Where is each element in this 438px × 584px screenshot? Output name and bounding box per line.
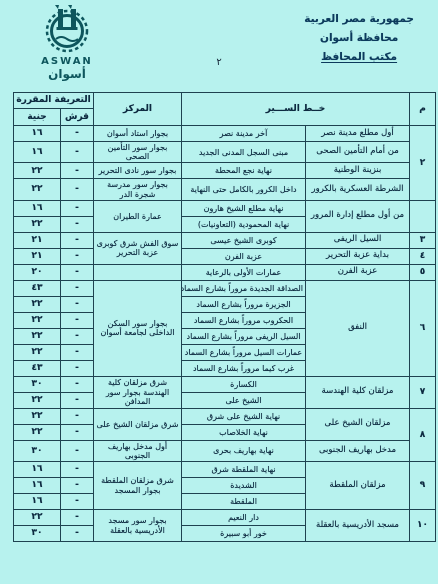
fare-piaster-cell: -	[61, 526, 94, 542]
route-destination-cell: نهاية بهاريف بحرى	[182, 440, 306, 461]
fare-piaster-cell: -	[61, 510, 94, 526]
fare-piaster-cell: -	[61, 376, 94, 392]
route-destination-cell: داخل الكرور بالكامل حتى النهاية	[182, 179, 306, 200]
fare-piaster-cell: -	[61, 264, 94, 280]
route-destination-cell: عزبة الفرن	[182, 248, 306, 264]
route-origin-cell: من أمام التأمين الصحى	[306, 142, 410, 163]
center-cell: أول مدخل بهاريف الجنوبى	[94, 440, 182, 461]
route-origin-cell: مزلقان الملقطة	[306, 462, 410, 510]
serial-cell: ٩	[410, 462, 436, 510]
logo-gear-ring	[52, 16, 83, 47]
fare-row: ٦النفقالصداقة الجديدة مروراً بشارع السما…	[14, 280, 436, 296]
fare-table: م خــط الســـير المركز التعريفة المقررة …	[13, 92, 436, 542]
fare-pound-cell: ٢٢	[14, 392, 61, 408]
route-destination-cell: مبنى السجل المدنى الجديد	[182, 142, 306, 163]
fare-piaster-cell: -	[61, 440, 94, 461]
route-destination-cell: الكسارة	[182, 376, 306, 392]
serial-cell: ٢	[410, 126, 436, 201]
header-piaster: قرش	[61, 109, 94, 126]
center-cell: شرق مزلقان الملقطة بجوار المسجد	[94, 462, 182, 510]
fare-pound-cell: ٢٠	[14, 264, 61, 280]
route-origin-cell: بنزينة الوطنية	[306, 163, 410, 179]
center-cell: بجوار استاد أسوان	[94, 126, 182, 142]
fare-pound-cell: ٢١	[14, 248, 61, 264]
document-page: ASWAN أسوان جمهورية مصر العربية محافظة أ…	[0, 0, 438, 584]
center-cell: عمارة الطيران	[94, 200, 182, 232]
serial-cell: ١٠	[410, 510, 436, 542]
route-destination-cell: غرب كيما مروراً بشارع السماد	[182, 360, 306, 376]
route-origin-cell: النفق	[306, 280, 410, 376]
center-cell: بجوار سور مدرسة شجرة الدر	[94, 179, 182, 200]
route-destination-cell: الشيخ على	[182, 392, 306, 408]
logo-towers-icon	[55, 5, 78, 30]
fare-pound-cell: ٢٢	[14, 424, 61, 440]
route-destination-cell: خور أبو سبيرة	[182, 526, 306, 542]
fare-pound-cell: ١٦	[14, 494, 61, 510]
fare-piaster-cell: -	[61, 478, 94, 494]
serial-cell	[410, 200, 436, 232]
fare-row: ٤بداية عزبة التحريرعزبة الفرن-٢١	[14, 248, 436, 264]
fare-pound-cell: ٢٢	[14, 179, 61, 200]
route-origin-cell: مدخل بهاريف الجنوبى	[306, 440, 410, 461]
fare-pound-cell: ٣٠	[14, 376, 61, 392]
fare-piaster-cell: -	[61, 328, 94, 344]
route-destination-cell: نهاية الملقطة شرق	[182, 462, 306, 478]
fare-row: ٢أول مطلع مدينة نصرآخر مدينة نصربجوار اس…	[14, 126, 436, 142]
fare-row: ٨مزلقان الشيخ علىنهاية الشيخ على شرقشرق …	[14, 408, 436, 424]
fare-pound-cell: ٢١	[14, 232, 61, 248]
header-tariff: التعريفة المقررة	[14, 93, 94, 109]
center-cell	[94, 264, 182, 280]
header-serial: م	[410, 93, 436, 126]
fare-piaster-cell: -	[61, 296, 94, 312]
serial-cell: ٥	[410, 264, 436, 280]
fare-row: ١٠مسجد الأدريسية بالعقلةدار النعيمبجوار …	[14, 510, 436, 526]
logo-text-ar: أسوان	[48, 66, 86, 81]
fare-pound-cell: ٢٢	[14, 510, 61, 526]
center-cell: شرق مزلقان كلية الهندسة بجوار سور المداف…	[94, 376, 182, 408]
route-origin-cell: مزلقان كلية الهندسة	[306, 376, 410, 408]
route-origin-cell: بداية عزبة التحرير	[306, 248, 410, 264]
serial-cell: ٦	[410, 280, 436, 376]
fare-piaster-cell: -	[61, 462, 94, 478]
center-cell: بجوار سور السكن الداخلى لجامعة أسوان	[94, 280, 182, 376]
fare-pound-cell: ١٦	[14, 142, 61, 163]
center-cell: سوق الفش شرق كوبرى عزبة التحرير	[94, 232, 182, 264]
fare-piaster-cell: -	[61, 392, 94, 408]
fare-row: بنزينة الوطنيةنهاية نجع المحطةبجوار سور …	[14, 163, 436, 179]
route-origin-cell: أول مطلع مدينة نصر	[306, 126, 410, 142]
fare-pound-cell: ٢٢	[14, 312, 61, 328]
route-destination-cell: دار النعيم	[182, 510, 306, 526]
center-cell: بجوار سور مسجد الأدريسية بالعقلة	[94, 510, 182, 542]
route-destination-cell: الحكروب مروراً بشارع السماد	[182, 312, 306, 328]
fare-row: ٩مزلقان الملقطةنهاية الملقطة شرقشرق مزلق…	[14, 462, 436, 478]
center-cell: شرق مزلقان الشيخ على	[94, 408, 182, 440]
fare-pound-cell: ١٦	[14, 462, 61, 478]
route-origin-cell: عزبة الفرن	[306, 264, 410, 280]
fare-row: ٥عزبة الفرنعمارات الأولى بالرعاية-٢٠	[14, 264, 436, 280]
route-destination-cell: نهاية مطلع الشيخ هارون	[182, 200, 306, 216]
fare-pound-cell: ٣٠	[14, 440, 61, 461]
route-destination-cell: نهاية الشيخ على شرق	[182, 408, 306, 424]
fare-pound-cell: ٢٢	[14, 328, 61, 344]
aswan-emblem-icon: ASWAN أسوان	[20, 5, 114, 81]
fare-pound-cell: ٢٢	[14, 216, 61, 232]
route-origin-cell: مسجد الأدريسية بالعقلة	[306, 510, 410, 542]
fare-row: ٣السيل الريفىكوبرى الشيخ عيسىسوق الفش شر…	[14, 232, 436, 248]
aswan-logo: ASWAN أسوان	[20, 5, 114, 81]
header-route: خــط الســـير	[182, 93, 410, 126]
fare-piaster-cell: -	[61, 163, 94, 179]
fare-piaster-cell: -	[61, 360, 94, 376]
serial-cell: ٧	[410, 376, 436, 408]
fare-pound-cell: ١٦	[14, 200, 61, 216]
fare-piaster-cell: -	[61, 232, 94, 248]
page-number: ٢	[0, 57, 438, 68]
fare-piaster-cell: -	[61, 344, 94, 360]
fare-piaster-cell: -	[61, 142, 94, 163]
fare-pound-cell: ٢٢	[14, 296, 61, 312]
route-destination-cell: كوبرى الشيخ عيسى	[182, 232, 306, 248]
fare-pound-cell: ٢٢	[14, 408, 61, 424]
fare-table-header: م خــط الســـير المركز التعريفة المقررة …	[14, 93, 436, 126]
header-pound: جنية	[14, 109, 61, 126]
fare-pound-cell: ١٦	[14, 126, 61, 142]
fare-piaster-cell: -	[61, 424, 94, 440]
fare-pound-cell: ١٦	[14, 478, 61, 494]
route-origin-cell: من أول مطلع إدارة المرور	[306, 200, 410, 232]
fare-piaster-cell: -	[61, 494, 94, 510]
fare-table-body: ٢أول مطلع مدينة نصرآخر مدينة نصربجوار اس…	[14, 126, 436, 542]
header-center: المركز	[94, 93, 182, 126]
fare-row: مدخل بهاريف الجنوبىنهاية بهاريف بحرىأول …	[14, 440, 436, 461]
route-destination-cell: نهاية الخلاصاب	[182, 424, 306, 440]
fare-piaster-cell: -	[61, 248, 94, 264]
fare-piaster-cell: -	[61, 179, 94, 200]
fare-row: ٧مزلقان كلية الهندسةالكسارةشرق مزلقان كل…	[14, 376, 436, 392]
route-destination-cell: الجزيرة مروراً بشارع السماد	[182, 296, 306, 312]
route-destination-cell: الملقطة	[182, 494, 306, 510]
fare-pound-cell: ٢٢	[14, 163, 61, 179]
route-destination-cell: عمارات الأولى بالرعاية	[182, 264, 306, 280]
fare-row: من أول مطلع إدارة المرورنهاية مطلع الشيخ…	[14, 200, 436, 216]
route-destination-cell: الصداقة الجديدة مروراً بشارع السماد	[182, 280, 306, 296]
serial-cell: ٨	[410, 408, 436, 461]
fare-pound-cell: ٤٣	[14, 360, 61, 376]
fare-pound-cell: ٤٣	[14, 280, 61, 296]
fare-row: من أمام التأمين الصحىمبنى السجل المدنى ا…	[14, 142, 436, 163]
fare-piaster-cell: -	[61, 280, 94, 296]
route-destination-cell: السيل الريفى مروراً بشارع السماد	[182, 328, 306, 344]
route-origin-cell: السيل الريفى	[306, 232, 410, 248]
fare-row: الشرطة العسكرية بالكرورداخل الكرور بالكا…	[14, 179, 436, 200]
route-origin-cell: الشرطة العسكرية بالكرور	[306, 179, 410, 200]
serial-cell: ٣	[410, 232, 436, 248]
center-cell: بجوار سور التأمين الصحى	[94, 142, 182, 163]
route-origin-cell: مزلقان الشيخ على	[306, 408, 410, 440]
governorate-title: محافظة أسوان	[304, 29, 414, 48]
serial-cell: ٤	[410, 248, 436, 264]
route-destination-cell: نهاية المحمودية (التعاونيات)	[182, 216, 306, 232]
logo-waves	[56, 37, 78, 41]
fare-piaster-cell: -	[61, 312, 94, 328]
route-destination-cell: الشديدة	[182, 478, 306, 494]
fare-piaster-cell: -	[61, 216, 94, 232]
fare-pound-cell: ٣٠	[14, 526, 61, 542]
route-destination-cell: آخر مدينة نصر	[182, 126, 306, 142]
fare-pound-cell: ٢٢	[14, 344, 61, 360]
fare-piaster-cell: -	[61, 408, 94, 424]
fare-piaster-cell: -	[61, 126, 94, 142]
center-cell: بجوار سور نادى التحرير	[94, 163, 182, 179]
fare-piaster-cell: -	[61, 200, 94, 216]
route-destination-cell: نهاية نجع المحطة	[182, 163, 306, 179]
route-destination-cell: عمارات السيل مروراً بشارع السماد	[182, 344, 306, 360]
country-title: جمهورية مصر العربية	[304, 10, 414, 29]
